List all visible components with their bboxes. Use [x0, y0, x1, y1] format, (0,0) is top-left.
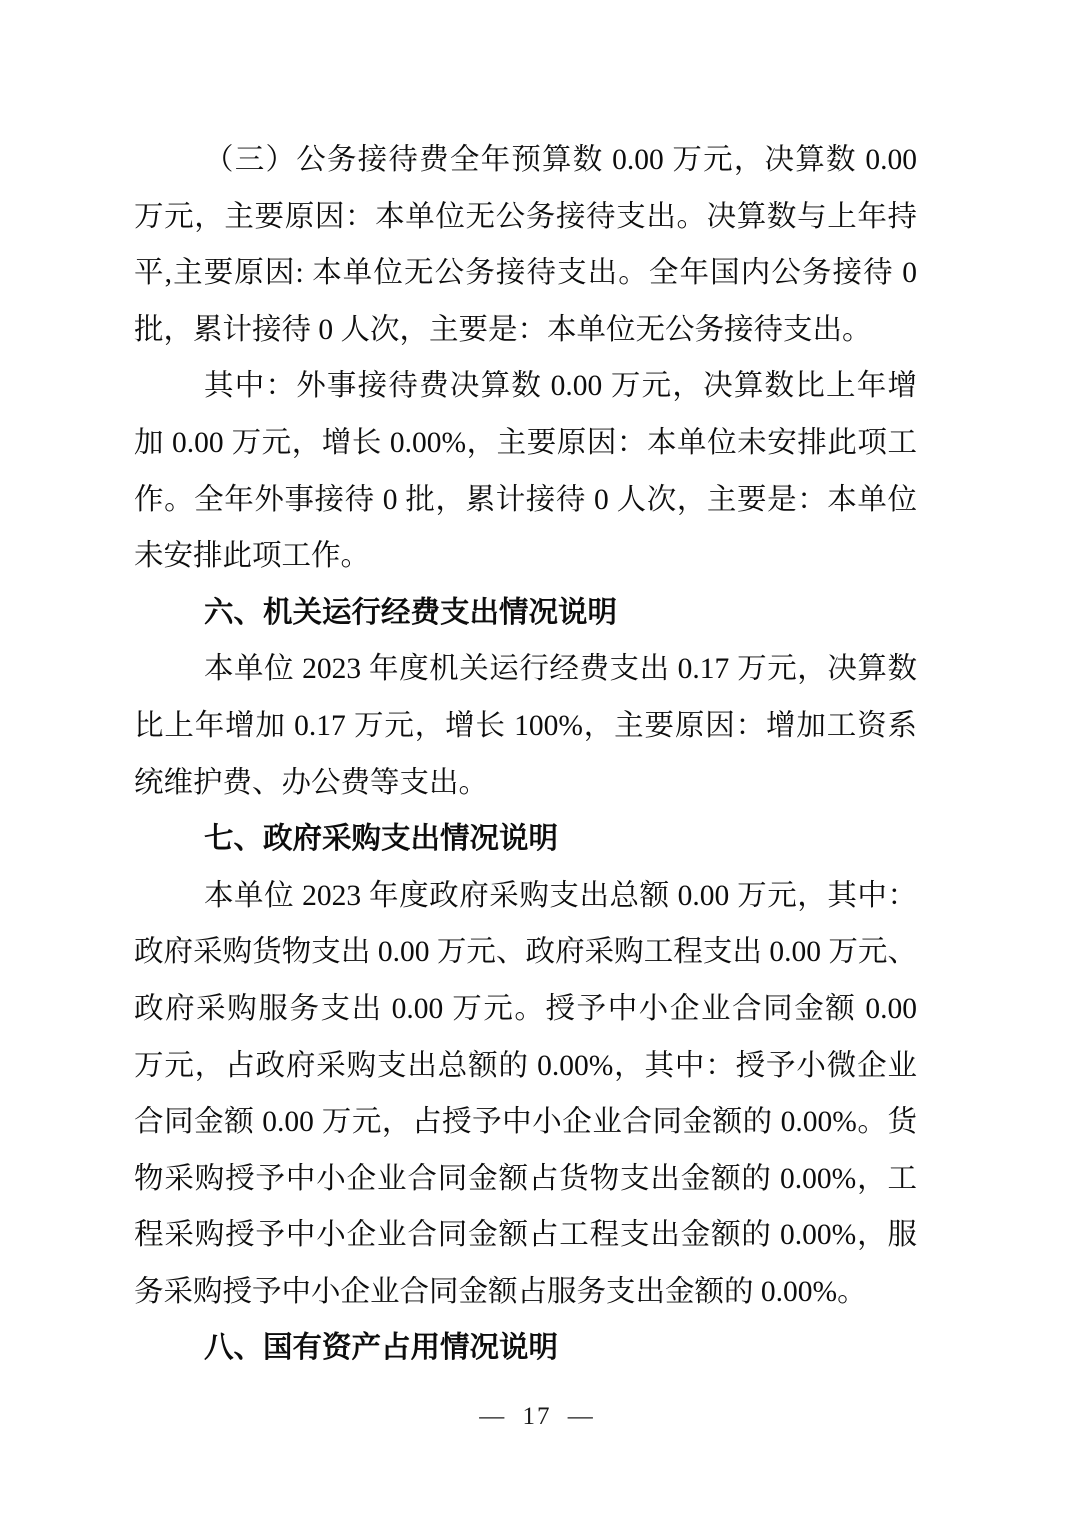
- paragraph-line: （三）公务接待费全年预算数 0.00 万元，决算数 0.00: [134, 132, 917, 189]
- paragraph-line: 务采购授予中小企业合同金额占服务支出金额的 0.00%。: [134, 1264, 917, 1321]
- paragraph-line: 加 0.00 万元，增长 0.00%，主要原因：本单位未安排此项工: [134, 415, 917, 472]
- paragraph-line: 政府采购服务支出 0.00 万元。授予中小企业合同金额 0.00: [134, 981, 917, 1038]
- paragraph-line: 程采购授予中小企业合同金额占工程支出金额的 0.00%，服: [134, 1207, 917, 1264]
- text-block: （三）公务接待费全年预算数 0.00 万元，决算数 0.00 万元，主要原因：本…: [134, 132, 917, 1377]
- paragraph-line: 政府采购货物支出 0.00 万元、政府采购工程支出 0.00 万元、: [134, 924, 917, 981]
- section-heading: 八、国有资产占用情况说明: [134, 1320, 917, 1377]
- paragraph-line: 合同金额 0.00 万元，占授予中小企业合同金额的 0.00%。货: [134, 1094, 917, 1151]
- paragraph-line: 比上年增加 0.17 万元，增长 100%，主要原因：增加工资系: [134, 698, 917, 755]
- paragraph-line: 作。全年外事接待 0 批，累计接待 0 人次，主要是：本单位: [134, 472, 917, 529]
- section-heading: 六、机关运行经费支出情况说明: [134, 585, 917, 642]
- paragraph-line: 平,主要原因: 本单位无公务接待支出。全年国内公务接待 0: [134, 245, 917, 302]
- paragraph-line: 其中：外事接待费决算数 0.00 万元，决算数比上年增: [134, 358, 917, 415]
- paragraph-line: 批，累计接待 0 人次，主要是：本单位无公务接待支出。: [134, 302, 917, 359]
- paragraph-line: 未安排此项工作。: [134, 528, 917, 585]
- paragraph-line: 万元，占政府采购支出总额的 0.00%，其中：授予小微企业: [134, 1038, 917, 1095]
- paragraph-line: 本单位 2023 年度机关运行经费支出 0.17 万元，决算数: [134, 641, 917, 698]
- document-page: （三）公务接待费全年预算数 0.00 万元，决算数 0.00 万元，主要原因：本…: [0, 0, 1074, 1520]
- section-heading: 七、政府采购支出情况说明: [134, 811, 917, 868]
- paragraph-line: 本单位 2023 年度政府采购支出总额 0.00 万元，其中：: [134, 868, 917, 925]
- page-number: — 17 —: [0, 1400, 1074, 1434]
- paragraph-line: 统维护费、办公费等支出。: [134, 755, 917, 812]
- paragraph-line: 万元，主要原因：本单位无公务接待支出。决算数与上年持: [134, 189, 917, 246]
- paragraph-line: 物采购授予中小企业合同金额占货物支出金额的 0.00%，工: [134, 1151, 917, 1208]
